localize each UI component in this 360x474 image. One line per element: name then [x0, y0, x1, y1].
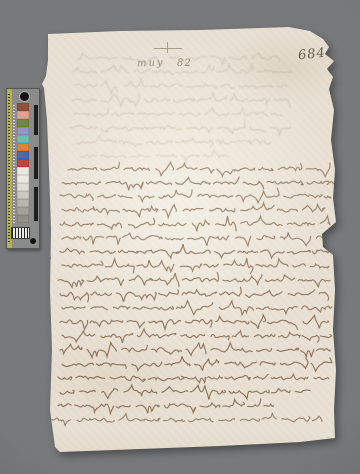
- handwriting-line: [58, 374, 329, 382]
- color-patch-brown: [17, 103, 29, 111]
- grayscale-step: [17, 191, 29, 199]
- color-patch-column: [17, 103, 29, 223]
- handwriting-line: [60, 188, 331, 202]
- handwriting-line: [70, 120, 291, 136]
- cross-vertical-stroke: [167, 42, 168, 53]
- handwriting-line: [58, 272, 330, 287]
- main-text-group: [52, 162, 334, 426]
- color-calibration-target: [6, 88, 40, 249]
- handwriting-line: [80, 150, 228, 161]
- handwriting-line: [62, 177, 334, 190]
- header-inscription: muy: [137, 58, 165, 70]
- ink-speck: [48, 256, 51, 260]
- color-patch-white: [17, 167, 29, 175]
- separation-bar: [34, 187, 38, 221]
- handwriting-line: [58, 399, 274, 413]
- grayscale-step: [17, 215, 29, 223]
- handwriting-line: [60, 287, 329, 302]
- handwriting-line: [62, 329, 332, 343]
- separation-bar: [34, 147, 38, 179]
- color-patch-orange: [17, 143, 29, 151]
- folio-number: 684: [297, 46, 326, 64]
- header-number: 82: [177, 58, 192, 69]
- manuscript-page: 684 muy 82: [0, 0, 360, 474]
- grayscale-step: [17, 207, 29, 215]
- handwriting-line: [76, 136, 271, 148]
- grayscale-step: [17, 183, 29, 191]
- grayscale-step: [17, 199, 29, 207]
- handwriting-line: [62, 301, 332, 316]
- separation-bar: [34, 105, 38, 135]
- handwriting-line: [60, 315, 329, 329]
- bleedthrough-text-group: [70, 53, 291, 161]
- handwriting-line: [68, 162, 330, 176]
- handwriting-layer: [0, 0, 360, 474]
- handwriting-line: [72, 92, 290, 108]
- handwriting-line: [74, 108, 282, 116]
- registration-mark-top: [20, 92, 29, 101]
- handwriting-line: [60, 343, 330, 358]
- handwriting-line: [60, 216, 330, 231]
- barcode-label: [11, 227, 30, 239]
- handwriting-line: [62, 203, 325, 218]
- handwriting-line: [62, 356, 332, 371]
- handwriting-line: [62, 232, 332, 246]
- color-target-edge-stripe: [7, 89, 12, 248]
- grayscale-step: [17, 175, 29, 183]
- color-patch-lavender: [17, 127, 29, 135]
- color-patch-red: [17, 159, 29, 167]
- handwriting-line: [60, 244, 330, 258]
- color-patch-olive-green: [17, 119, 29, 127]
- handwriting-line: [52, 413, 322, 426]
- handwriting-line: [60, 385, 310, 399]
- handwriting-line: [75, 78, 287, 94]
- handwriting-line: [62, 258, 329, 273]
- color-patch-cyan: [17, 135, 29, 143]
- invocation-cross-icon: [154, 41, 182, 54]
- photo-background: 684 muy 82: [0, 0, 360, 474]
- manuscript-shadow-wrap: 684 muy 82: [0, 0, 360, 474]
- color-target-fine-print: [13, 105, 15, 223]
- registration-mark-bottom: [30, 238, 36, 244]
- color-patch-salmon: [17, 111, 29, 119]
- color-patch-blue: [17, 151, 29, 159]
